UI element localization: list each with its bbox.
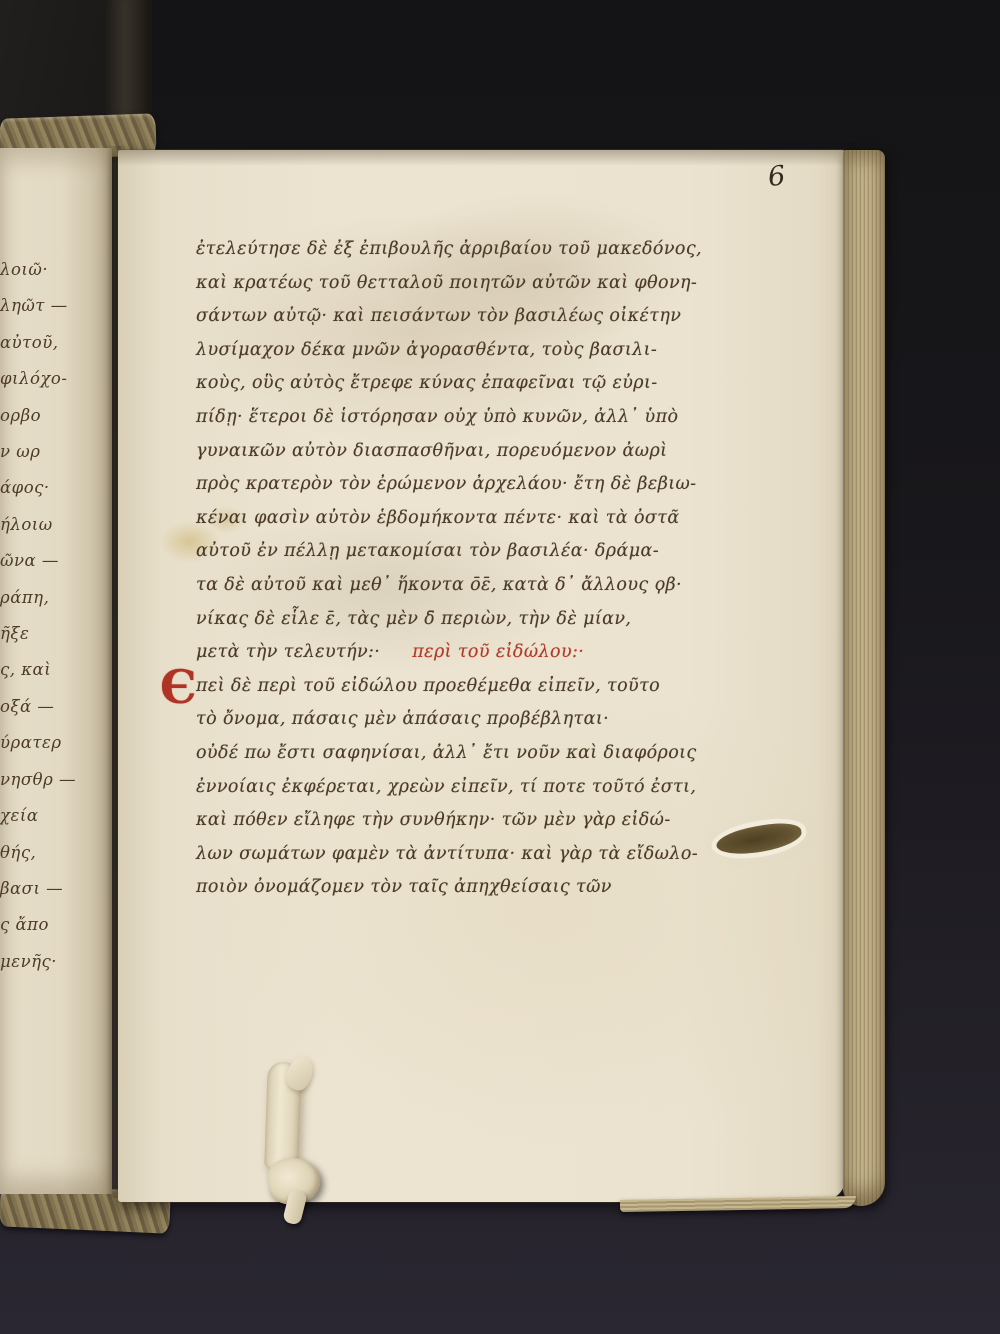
text-line: τὸ ὄνομα, πάσαις μὲν ἁπάσαις προβέβληται… <box>196 703 638 737</box>
facing-line-fragment: ς ἄπο <box>0 907 96 943</box>
text-line: πρὸς κρατερὸν τὸν ἐρώμενον ἀρχελάου· ἔτη… <box>196 468 638 502</box>
line-text: σάντων αὐτῷ· καὶ πεισάντων τὸν βασιλέως … <box>196 306 681 326</box>
facing-line-fragment: ῆξε <box>0 616 96 652</box>
facing-line-fragment: ήλοιω <box>0 507 96 543</box>
line-text: λων σωμάτων φαμὲν τὰ ἀντίτυπα· καὶ γὰρ τ… <box>196 844 698 864</box>
text-line: ποιὸν ὀνομάζομεν τὸν ταῖς ἀπηχθείσαις τῶ… <box>196 871 638 905</box>
text-line: ἐτελεύτησε δὲ ἐξ ἐπιβουλῆς ἀρριβαίου τοῦ… <box>196 233 638 267</box>
facing-line-fragment: νησθρ — <box>0 762 96 798</box>
facing-line-fragment: ῶνα — <box>0 543 96 579</box>
initial-letter: Є <box>160 664 197 710</box>
line-text: ἐτελεύτησε δὲ ἐξ ἐπιβουλῆς ἀρριβαίου τοῦ… <box>196 239 702 259</box>
facing-line-fragment: ύρατερ <box>0 725 96 761</box>
text-line: μετὰ τὴν τελευτήν:·περὶ τοῦ εἰδώλου:· <box>196 636 638 670</box>
line-text: οὐδέ πω ἔστι σαφηνίσαι, ἀλλ᾽ ἔτι νοῦν κα… <box>196 743 697 763</box>
facing-line-fragment: ληῶτ — <box>0 288 96 324</box>
line-text: αὐτοῦ ἐν πέλλῃ μετακομίσαι τὸν βασιλέα· … <box>196 541 659 561</box>
text-block: ἐτελεύτησε δὲ ἐξ ἐπιβουλῆς ἀρριβαίου τοῦ… <box>196 233 638 905</box>
text-line: καὶ πόθεν εἴληφε τὴν συνθήκην· τῶν μὲν γ… <box>196 804 638 838</box>
facing-line-fragment: αὐτοῦ, <box>0 325 96 361</box>
text-line: νίκας δὲ εἷλε ε̄, τὰς μὲν δ̄ περιὼν, τὴν… <box>196 603 638 637</box>
line-text: μετὰ τὴν τελευτήν:· <box>196 642 380 662</box>
facing-line-fragment: ν ωρ <box>0 434 96 470</box>
text-line: ἐννοίαις ἐκφέρεται, χρεὼν εἰπεῖν, τί ποτ… <box>196 771 638 805</box>
line-text: πρὸς κρατερὸν τὸν ἐρώμενον ἀρχελάου· ἔτη… <box>196 474 696 494</box>
text-line: καὶ κρατέως τοῦ θετταλοῦ ποιητῶν αὐτῶν κ… <box>196 267 638 301</box>
facing-line-fragment: βασι — <box>0 871 96 907</box>
text-line: λων σωμάτων φαμὲν τὰ ἀντίτυπα· καὶ γὰρ τ… <box>196 838 638 872</box>
line-text: ποιὸν ὀνομάζομεν τὸν ταῖς ἀπηχθείσαις τῶ… <box>196 877 612 897</box>
facing-line-fragment: λοιῶ· <box>0 252 96 288</box>
facing-line-fragment: οξά — <box>0 689 96 725</box>
text-line: πίδῃ· ἕτεροι δὲ ἱστόρησαν οὐχ ὑπὸ κυνῶν,… <box>196 401 638 435</box>
line-text: τὸ ὄνομα, πάσαις μὲν ἁπάσαις προβέβληται… <box>196 709 609 729</box>
line-text: γυναικῶν αὐτὸν διασπασθῆναι, πορευόμενον… <box>196 441 667 461</box>
rubric-heading: περὶ τοῦ εἰδώλου:· <box>412 642 584 662</box>
line-text: κέναι φασὶν αὐτὸν ἑβδομήκοντα πέντε· καὶ… <box>196 508 680 528</box>
facing-line-fragment: χεία <box>0 798 96 834</box>
text-line: πεὶ δὲ περὶ τοῦ εἰδώλου προεθέμεθα εἰπεῖ… <box>196 670 638 704</box>
text-line: οὐδέ πω ἔστι σαφηνίσαι, ἀλλ᾽ ἔτι νοῦν κα… <box>196 737 638 771</box>
line-text: πεὶ δὲ περὶ τοῦ εἰδώλου προεθέμεθα εἰπεῖ… <box>196 676 660 696</box>
facing-page-line-endings: λοιῶ· ληῶτ — αὐτοῦ, φιλόχο- ορβο ν ωρ άφ… <box>0 252 96 980</box>
text-line: λυσίμαχον δέκα μνῶν ἀγορασθέντα, τοὺς βα… <box>196 334 638 368</box>
line-text: νίκας δὲ εἷλε ε̄, τὰς μὲν δ̄ περιὼν, τὴν… <box>196 609 631 629</box>
fore-edge <box>843 150 885 1206</box>
facing-line-fragment: ς, καὶ <box>0 652 96 688</box>
text-line: κοὺς, οὓς αὐτὸς ἔτρεφε κύνας ἐπαφεῖναι τ… <box>196 367 638 401</box>
facing-line-fragment: άφος· <box>0 470 96 506</box>
text-line: αὐτοῦ ἐν πέλλῃ μετακομίσαι τὸν βασιλέα· … <box>196 535 638 569</box>
facing-line-fragment: ράπη, <box>0 580 96 616</box>
line-text: λυσίμαχον δέκα μνῶν ἀγορασθέντα, τοὺς βα… <box>196 340 657 360</box>
line-text: κοὺς, οὓς αὐτὸς ἔτρεφε κύνας ἐπαφεῖναι τ… <box>196 373 658 393</box>
recto-top-edge-shadow <box>118 150 846 166</box>
facing-line-fragment: μενῆς· <box>0 944 96 980</box>
text-line: κέναι φασὶν αὐτὸν ἑβδομήκοντα πέντε· καὶ… <box>196 502 638 536</box>
text-line: τα δὲ αὐτοῦ καὶ μεθ᾽ ἥκοντα ο̄ε̄, κατὰ δ… <box>196 569 638 603</box>
line-text: καὶ πόθεν εἴληφε τὴν συνθήκην· τῶν μὲν γ… <box>196 810 671 830</box>
facing-line-fragment: θής, <box>0 835 96 871</box>
text-line: γυναικῶν αὐτὸν διασπασθῆναι, πορευόμενον… <box>196 435 638 469</box>
line-text: καὶ κρατέως τοῦ θετταλοῦ ποιητῶν αὐτῶν κ… <box>196 273 697 293</box>
facing-line-fragment: ορβο <box>0 398 96 434</box>
line-text: πίδῃ· ἕτεροι δὲ ἱστόρησαν οὐχ ὑπὸ κυνῶν,… <box>196 407 678 427</box>
manuscript-photo: λοιῶ· ληῶτ — αὐτοῦ, φιλόχο- ορβο ν ωρ άφ… <box>0 0 1000 1334</box>
line-text: τα δὲ αὐτοῦ καὶ μεθ᾽ ἥκοντα ο̄ε̄, κατὰ δ… <box>196 575 682 595</box>
folio-number: 6 <box>766 158 809 193</box>
facing-line-fragment: φιλόχο- <box>0 361 96 397</box>
text-line: σάντων αὐτῷ· καὶ πεισάντων τὸν βασιλέως … <box>196 300 638 334</box>
line-text: ἐννοίαις ἐκφέρεται, χρεὼν εἰπεῖν, τί ποτ… <box>196 777 696 797</box>
